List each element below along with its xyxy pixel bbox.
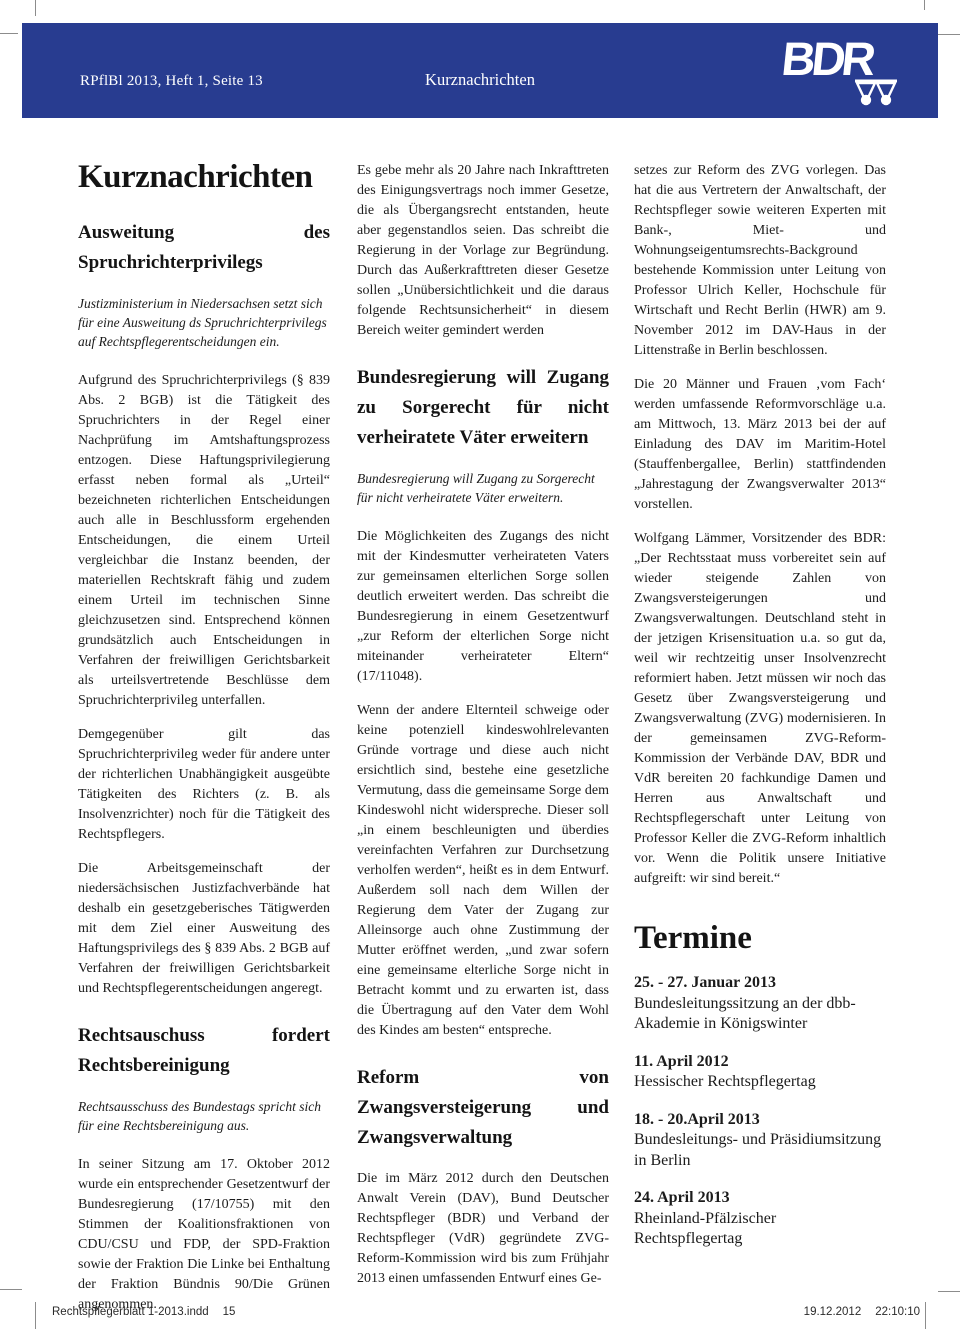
body-paragraph: Die im März 2012 durch den Deutschen Anw… [357,1169,609,1289]
body-paragraph: Wolfgang Lämmer, Vorsitzender des BDR: „… [634,529,886,889]
crop-mark-bottom-left-vertical [35,1302,36,1329]
section-heading: Ausweitung des Spruchrichterprivilegs [78,218,330,278]
footer-right: 19.12.201222:10:10 [804,1306,920,1318]
body-paragraph: Demgegenüber gilt das Spruchrichterprivi… [78,725,330,845]
footer-time: 22:10:10 [875,1306,920,1318]
footer: Rechtspflegerblatt 1-2013.indd15 19.12.2… [52,1306,920,1318]
event-desc: Rheinland-Pfälzischer Rechtspflegertag [634,1209,886,1250]
crop-mark-top-left-horizontal [0,33,18,34]
body-paragraph: Die Möglichkeiten des Zugangs des nicht … [357,527,609,687]
body-paragraph: Wenn der andere Elternteil schweige oder… [357,701,609,1041]
event-desc: Hessischer Rechtspflegertag [634,1072,886,1093]
event-item: 25. - 27. Januar 2013Bundesleitungssitzu… [634,973,886,1035]
lede-paragraph: Rechtsausschuss des Bundestags spricht s… [78,1097,330,1135]
termine-heading: Termine [634,919,886,957]
body-paragraph: Aufgrund des Spruchrichterprivilegs (§ 8… [78,371,330,711]
body-paragraph: Die 20 Männer und Frauen ‚vom Fach‘ werd… [634,375,886,515]
event-date: 24. April 2013 [634,1188,886,1209]
event-date: 25. - 27. Januar 2013 [634,973,886,994]
crop-mark-top-right-horizontal [938,34,960,35]
crop-mark-bottom-right-horizontal [938,1291,960,1292]
section-heading: Rechtsauschuss fordert Rechtsbereinigung [78,1021,330,1081]
crop-mark-bottom-right-vertical [925,1302,926,1329]
bdr-logo: BDR [782,35,906,113]
section-title: Kurznachrichten [425,70,535,90]
body-paragraph: Die Arbeitsgemeinschaft der niedersächsi… [78,859,330,999]
column-left: KurznachrichtenAusweitung des Spruchrich… [78,158,330,1329]
event-item: 11. April 2012Hessischer Rechtspflegerta… [634,1052,886,1093]
event-desc: Bundesleitungssitzung an der dbb-Akademi… [634,994,886,1035]
bdr-logo-text: BDR [780,35,909,82]
footer-filename: Rechtspflegerblatt 1-2013.indd [52,1306,209,1318]
body-paragraph: Es gebe mehr als 20 Jahre nach Inkrafttr… [357,161,609,341]
scales-icon [852,77,900,111]
article-title: Kurznachrichten [78,158,330,196]
header-bar: RPflBl 2013, Heft 1, Seite 13 Kurznachri… [22,23,938,118]
event-date: 11. April 2012 [634,1052,886,1073]
column-middle: Es gebe mehr als 20 Jahre nach Inkrafttr… [357,161,609,1303]
issue-label: RPflBl 2013, Heft 1, Seite 13 [80,73,263,90]
crop-mark-top-left-vertical [35,0,36,16]
event-desc: Bundesleitungs- und Präsidiumsitzung in … [634,1130,886,1171]
lede-paragraph: Justizministerium in Niedersachsen setzt… [78,294,330,351]
crop-mark-bottom-left-horizontal [0,1289,22,1290]
body-paragraph: setzes zur Reform des ZVG vorlegen. Das … [634,161,886,361]
journal-page: RPflBl 2013, Heft 1, Seite 13 Kurznachri… [0,0,960,1329]
section-heading: Reform von Zwangsversteigerung und Zwang… [357,1063,609,1153]
event-item: 24. April 2013Rheinland-Pfälzischer Rech… [634,1188,886,1250]
section-heading: Bundesregierung will Zugang zu Sorgerech… [357,363,609,453]
crop-mark-top-right-vertical [924,0,925,10]
footer-date: 19.12.2012 [804,1306,862,1318]
column-right: setzes zur Reform des ZVG vorlegen. Das … [634,161,886,1267]
footer-page-number: 15 [223,1306,236,1318]
body-paragraph: In seiner Sitzung am 17. Oktober 2012 wu… [78,1155,330,1315]
event-item: 18. - 20.April 2013Bundesleitungs- und P… [634,1110,886,1172]
footer-left: Rechtspflegerblatt 1-2013.indd15 [52,1306,235,1318]
lede-paragraph: Bundesregierung will Zugang zu Sorgerech… [357,469,609,507]
event-date: 18. - 20.April 2013 [634,1110,886,1131]
